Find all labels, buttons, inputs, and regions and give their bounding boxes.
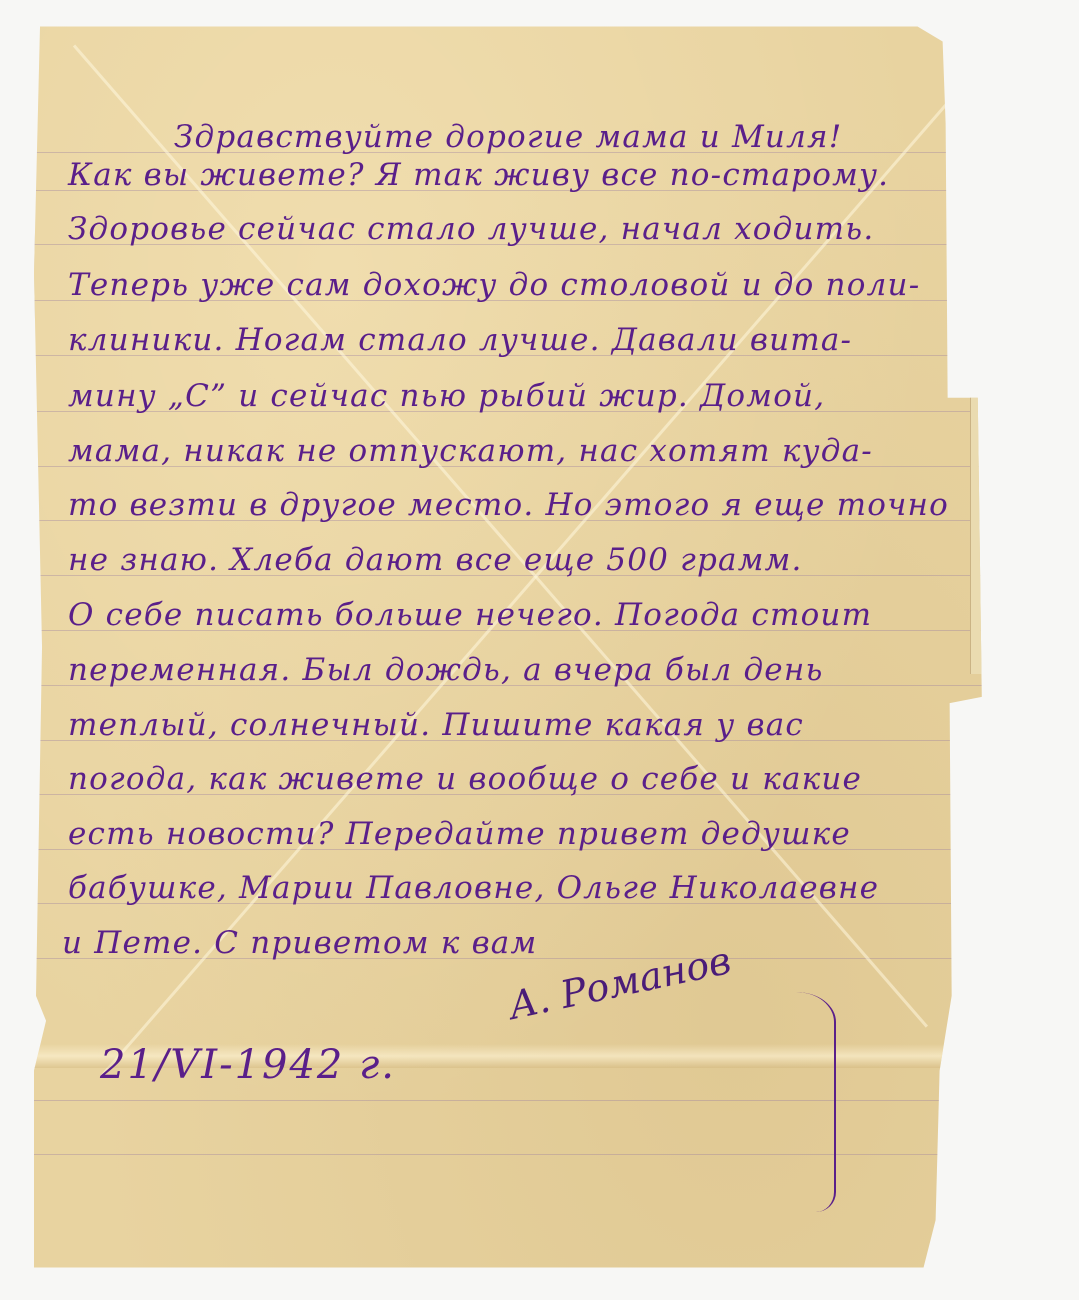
letter-line: то везти в другое место. Но этого я еще … xyxy=(68,490,949,521)
signature: А. Романов xyxy=(505,938,735,1028)
letter-line: клиники. Ногам стало лучше. Давали вита- xyxy=(68,325,852,356)
letter-date: 21/VI-1942 г. xyxy=(100,1042,396,1088)
letter-line: Теперь уже сам дохожу до столовой и до п… xyxy=(68,270,920,301)
letter-line: погода, как живете и вообще о себе и как… xyxy=(68,764,862,795)
letter-text: Здравствуйте дорогие мама и Миля! Как вы… xyxy=(34,24,1038,1270)
letter-line: мама, никак не отпускают, нас хотят куда… xyxy=(68,436,873,467)
letter-line: есть новости? Передайте привет дедушке xyxy=(68,819,851,850)
letter-line: О себе писать больше нечего. Погода стои… xyxy=(68,600,872,631)
letter-line: переменная. Был дождь, а вчера был день xyxy=(68,655,824,686)
letter-line: бабушке, Марии Павловне, Ольге Николаевн… xyxy=(68,873,879,904)
scan-canvas: Здравствуйте дорогие мама и Миля! Как вы… xyxy=(0,0,1079,1300)
letter-line: мину „С” и сейчас пью рыбий жир. Домой, xyxy=(68,381,825,412)
letter-line: Здоровье сейчас стало лучше, начал ходит… xyxy=(68,214,874,245)
letter-line: не знаю. Хлеба дают все еще 500 грамм. xyxy=(68,545,803,576)
letter-line: Здравствуйте дорогие мама и Миля! xyxy=(174,122,842,153)
letter-line: и Пете. С приветом к вам xyxy=(62,928,537,959)
signature-flourish xyxy=(774,992,836,1212)
letter-line: теплый, солнечный. Пишите какая у вас xyxy=(68,710,804,741)
letter-line: Как вы живете? Я так живу все по-старому… xyxy=(68,160,889,191)
